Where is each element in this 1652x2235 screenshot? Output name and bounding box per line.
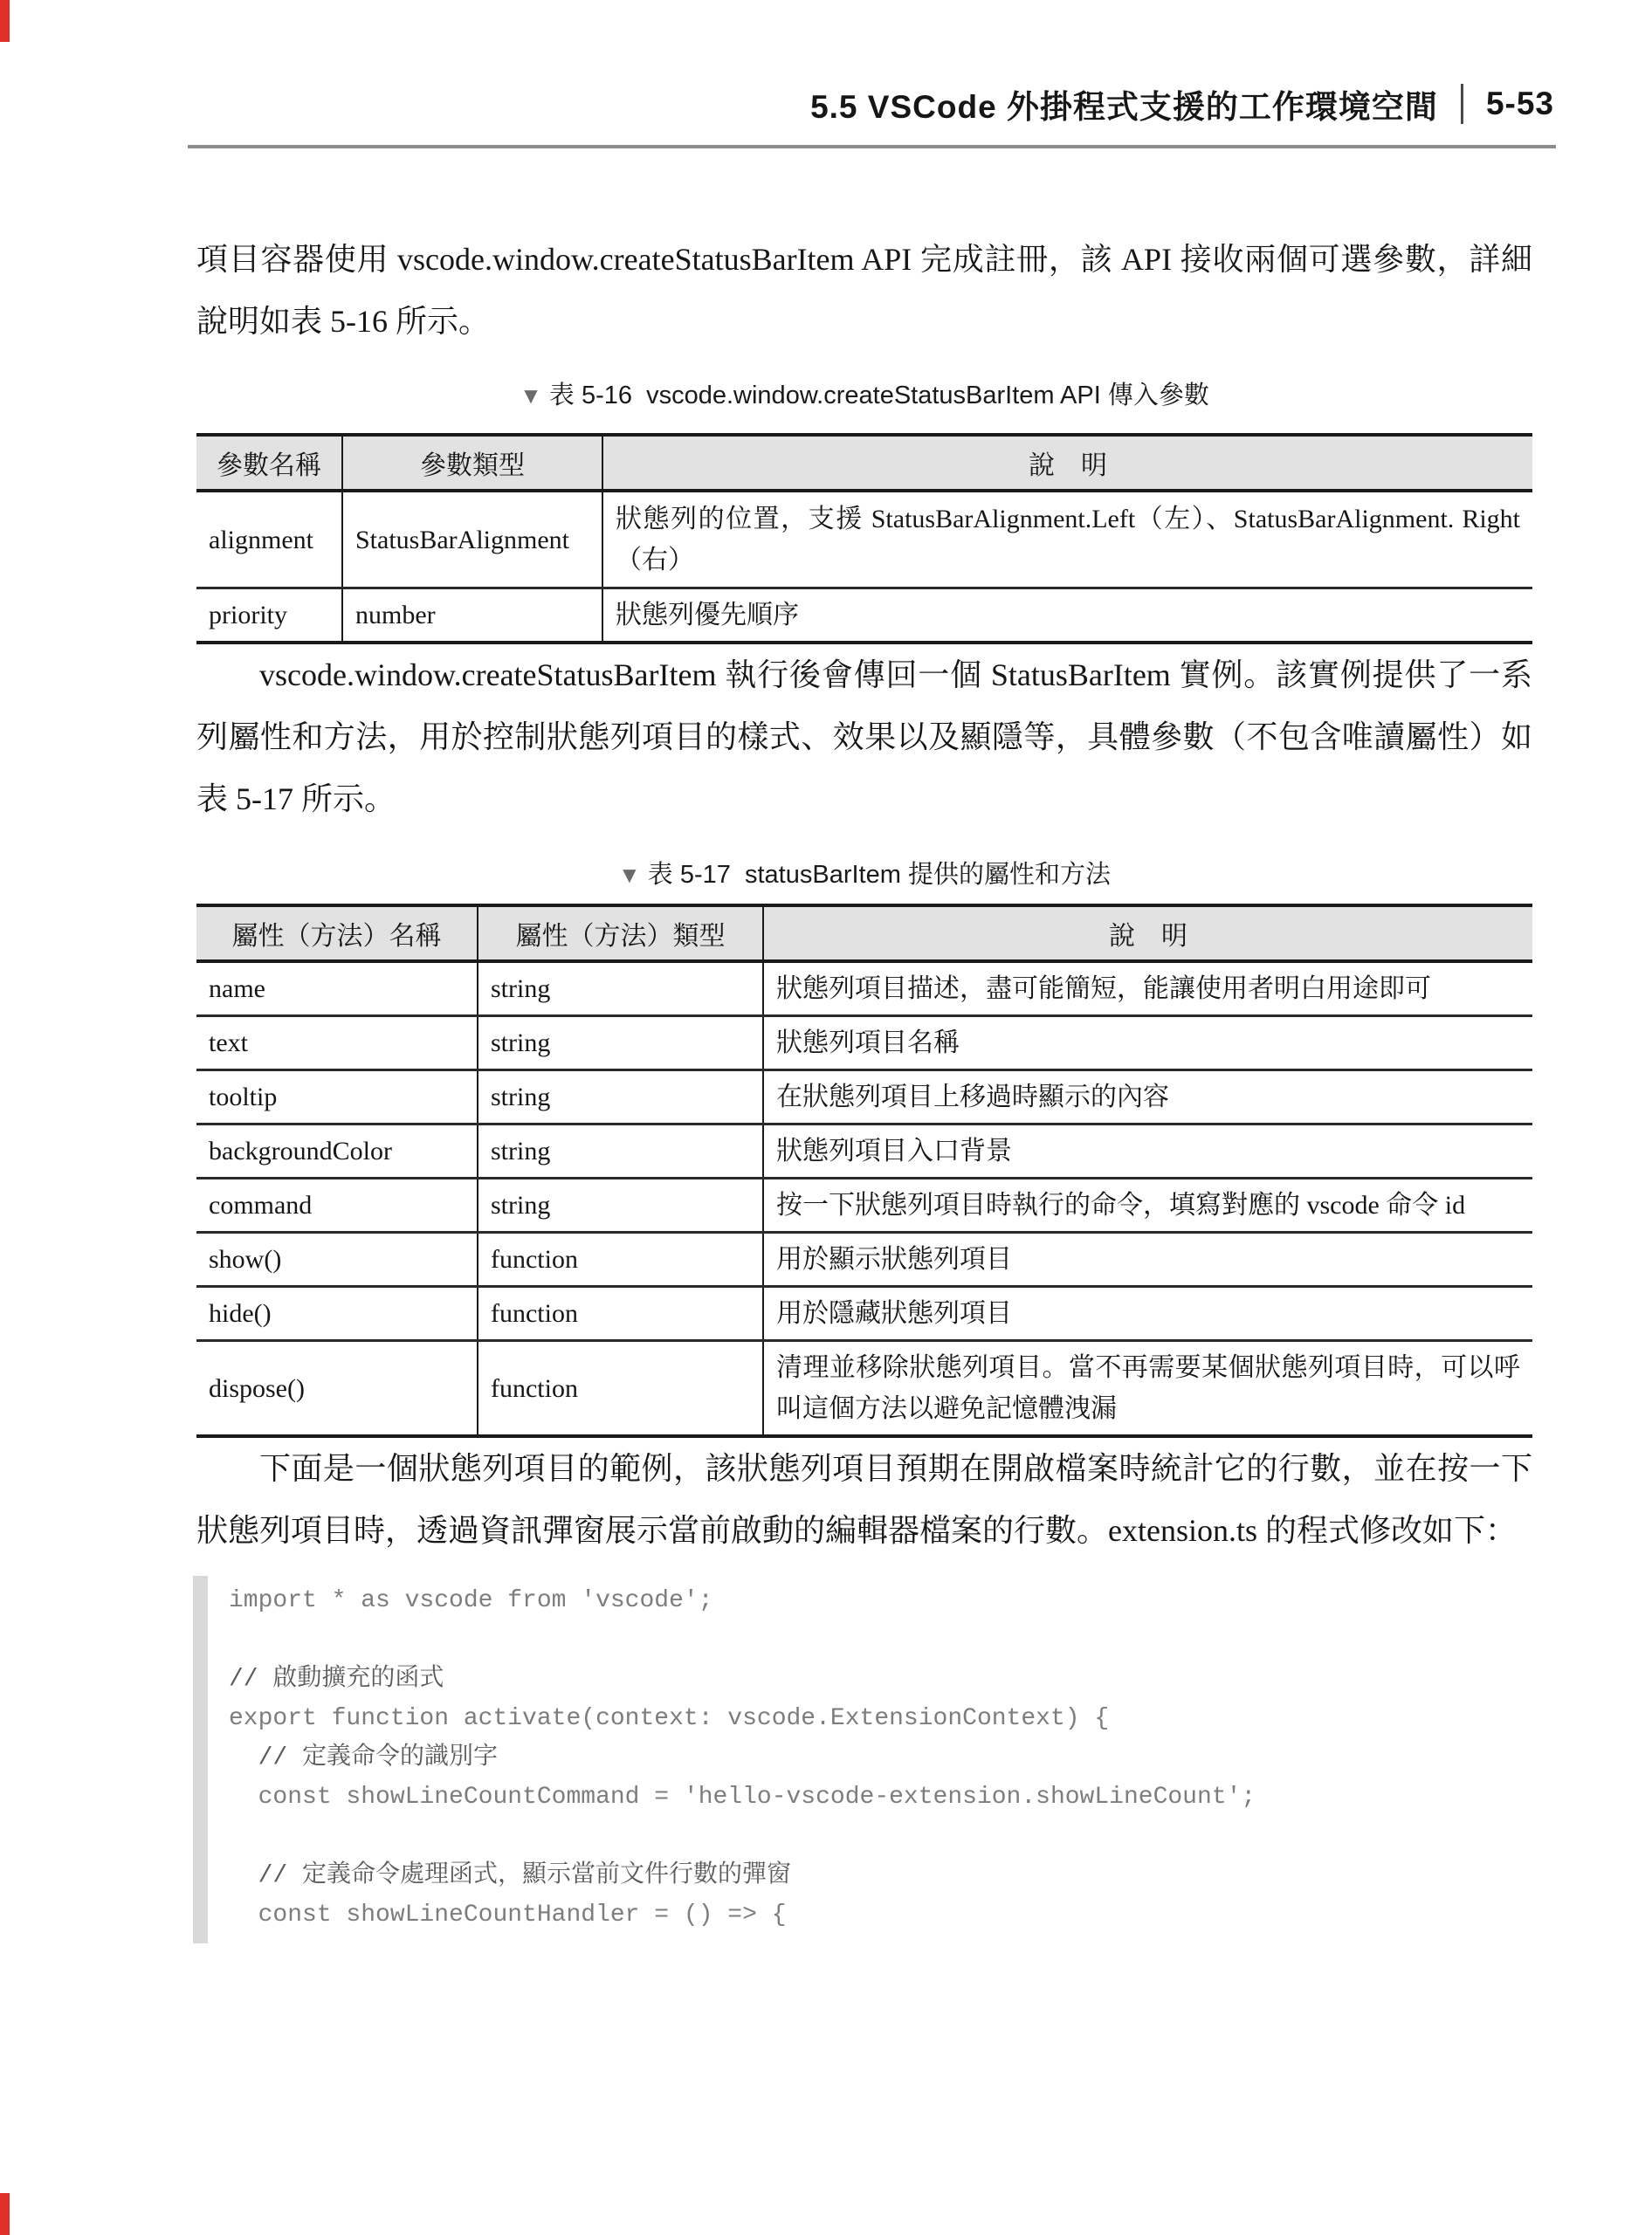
table-cell: dispose() (196, 1341, 478, 1437)
table-caption-text: 表 5-17 statusBarItem 提供的屬性和方法 (648, 856, 1111, 893)
table-cell: number (342, 588, 602, 643)
table-cell: alignment (196, 491, 342, 588)
column-header: 參數類型 (342, 435, 602, 491)
table-cell: string (478, 1124, 763, 1179)
table-cell: 狀態列項目描述，盡可能簡短，能讓使用者明白用途即可 (763, 961, 1532, 1016)
table-cell: command (196, 1179, 478, 1233)
table-cell: 用於顯示狀態列項目 (763, 1233, 1532, 1287)
code-line (229, 1817, 1532, 1856)
table-cell: backgroundColor (196, 1124, 478, 1179)
table-cell: function (478, 1233, 763, 1287)
section-title: 5.5 VSCode 外掛程式支援的工作環境空間 (810, 80, 1438, 127)
table-row: name string 狀態列項目描述，盡可能簡短，能讓使用者明白用途即可 (196, 961, 1532, 1016)
table-cell: name (196, 961, 478, 1016)
table-row: backgroundColor string 狀態列項目入口背景 (196, 1124, 1532, 1179)
paragraph: 項目容器使用 vscode.window.createStatusBarItem… (196, 229, 1532, 353)
column-header: 參數名稱 (196, 435, 342, 491)
code-line: export function activate(context: vscode… (229, 1699, 1532, 1738)
table-cell: StatusBarAlignment (342, 491, 602, 588)
code-block: import * as vscode from 'vscode'; // 啟動擴… (193, 1576, 1532, 1943)
column-header: 屬性（方法）名稱 (196, 905, 478, 961)
table-cell: 用於隱藏狀態列項目 (763, 1287, 1532, 1341)
code-line: // 啟動擴充的函式 (229, 1660, 1532, 1699)
table-cell: 按一下狀態列項目時執行的命令，填寫對應的 vscode 命令 id (763, 1179, 1532, 1233)
code-line: // 定義命令處理函式，顯示當前文件行數的彈窗 (229, 1856, 1532, 1895)
paragraph: vscode.window.createStatusBarItem 執行後會傳回… (196, 644, 1532, 830)
page-number: 5-53 (1486, 86, 1554, 122)
table-row: show() function 用於顯示狀態列項目 (196, 1233, 1532, 1287)
table-header-row: 屬性（方法）名稱 屬性（方法）類型 說 明 (196, 905, 1532, 961)
triangle-marker-icon: ▼ (618, 863, 641, 886)
table-cell: string (478, 1070, 763, 1124)
column-header: 說 明 (602, 435, 1532, 491)
table-caption-text: 表 5-16 vscode.window.createStatusBarItem… (549, 377, 1209, 414)
table-cell: hide() (196, 1287, 478, 1341)
table-cell: 狀態列的位置，支援 StatusBarAlignment.Left（左）、Sta… (602, 491, 1532, 588)
code-line: // 定義命令的識別字 (229, 1738, 1532, 1778)
table-row: text string 狀態列項目名稱 (196, 1016, 1532, 1070)
table-cell: 狀態列項目名稱 (763, 1016, 1532, 1070)
code-line: import * as vscode from 'vscode'; (229, 1581, 1532, 1620)
table-cell: tooltip (196, 1070, 478, 1124)
page-content: 項目容器使用 vscode.window.createStatusBarItem… (196, 229, 1532, 1943)
table-5-17: 屬性（方法）名稱 屬性（方法）類型 說 明 name string 狀態列項目描… (196, 904, 1532, 1438)
paragraph: 下面是一個狀態列項目的範例，該狀態列項目預期在開啟檔案時統計它的行數，並在按一下… (196, 1438, 1532, 1562)
table-row: hide() function 用於隱藏狀態列項目 (196, 1287, 1532, 1341)
table-cell: 在狀態列項目上移過時顯示的內容 (763, 1070, 1532, 1124)
header-divider (1461, 84, 1463, 124)
table-row: command string 按一下狀態列項目時執行的命令，填寫對應的 vsco… (196, 1179, 1532, 1233)
table-cell: text (196, 1016, 478, 1070)
table-cell: function (478, 1287, 763, 1341)
column-header: 說 明 (763, 905, 1532, 961)
column-header: 屬性（方法）類型 (478, 905, 763, 961)
header-rule (188, 145, 1556, 148)
red-corner-mark-top (0, 0, 10, 42)
red-corner-mark-bottom (0, 2193, 10, 2235)
table-cell: string (478, 1179, 763, 1233)
triangle-marker-icon: ▼ (520, 384, 542, 407)
code-line (229, 1620, 1532, 1660)
book-page: 5.5 VSCode 外掛程式支援的工作環境空間 5-53 項目容器使用 vsc… (0, 0, 1652, 2235)
table-row: priority number 狀態列優先順序 (196, 588, 1532, 643)
table-caption: ▼ 表 5-17 statusBarItem 提供的屬性和方法 (196, 856, 1532, 893)
running-header: 5.5 VSCode 外掛程式支援的工作環境空間 5-53 (810, 80, 1554, 127)
code-line: const showLineCountHandler = () => { (229, 1895, 1532, 1935)
table-cell: 狀態列項目入口背景 (763, 1124, 1532, 1179)
table-row: tooltip string 在狀態列項目上移過時顯示的內容 (196, 1070, 1532, 1124)
code-line: const showLineCountCommand = 'hello-vsco… (229, 1778, 1532, 1817)
table-row: alignment StatusBarAlignment 狀態列的位置，支援 S… (196, 491, 1532, 588)
table-cell: 狀態列優先順序 (602, 588, 1532, 643)
table-row: dispose() function 清理並移除狀態列項目。當不再需要某個狀態列… (196, 1341, 1532, 1437)
table-cell: 清理並移除狀態列項目。當不再需要某個狀態列項目時，可以呼叫這個方法以避免記憶體洩… (763, 1341, 1532, 1437)
table-caption: ▼ 表 5-16 vscode.window.createStatusBarIt… (196, 377, 1532, 414)
table-header-row: 參數名稱 參數類型 說 明 (196, 435, 1532, 491)
table-cell: string (478, 1016, 763, 1070)
table-cell: priority (196, 588, 342, 643)
table-cell: show() (196, 1233, 478, 1287)
code-lines: import * as vscode from 'vscode'; // 啟動擴… (208, 1576, 1532, 1943)
table-5-16: 參數名稱 參數類型 說 明 alignment StatusBarAlignme… (196, 433, 1532, 644)
code-block-left-bar (193, 1576, 208, 1943)
table-cell: string (478, 961, 763, 1016)
table-cell: function (478, 1341, 763, 1437)
